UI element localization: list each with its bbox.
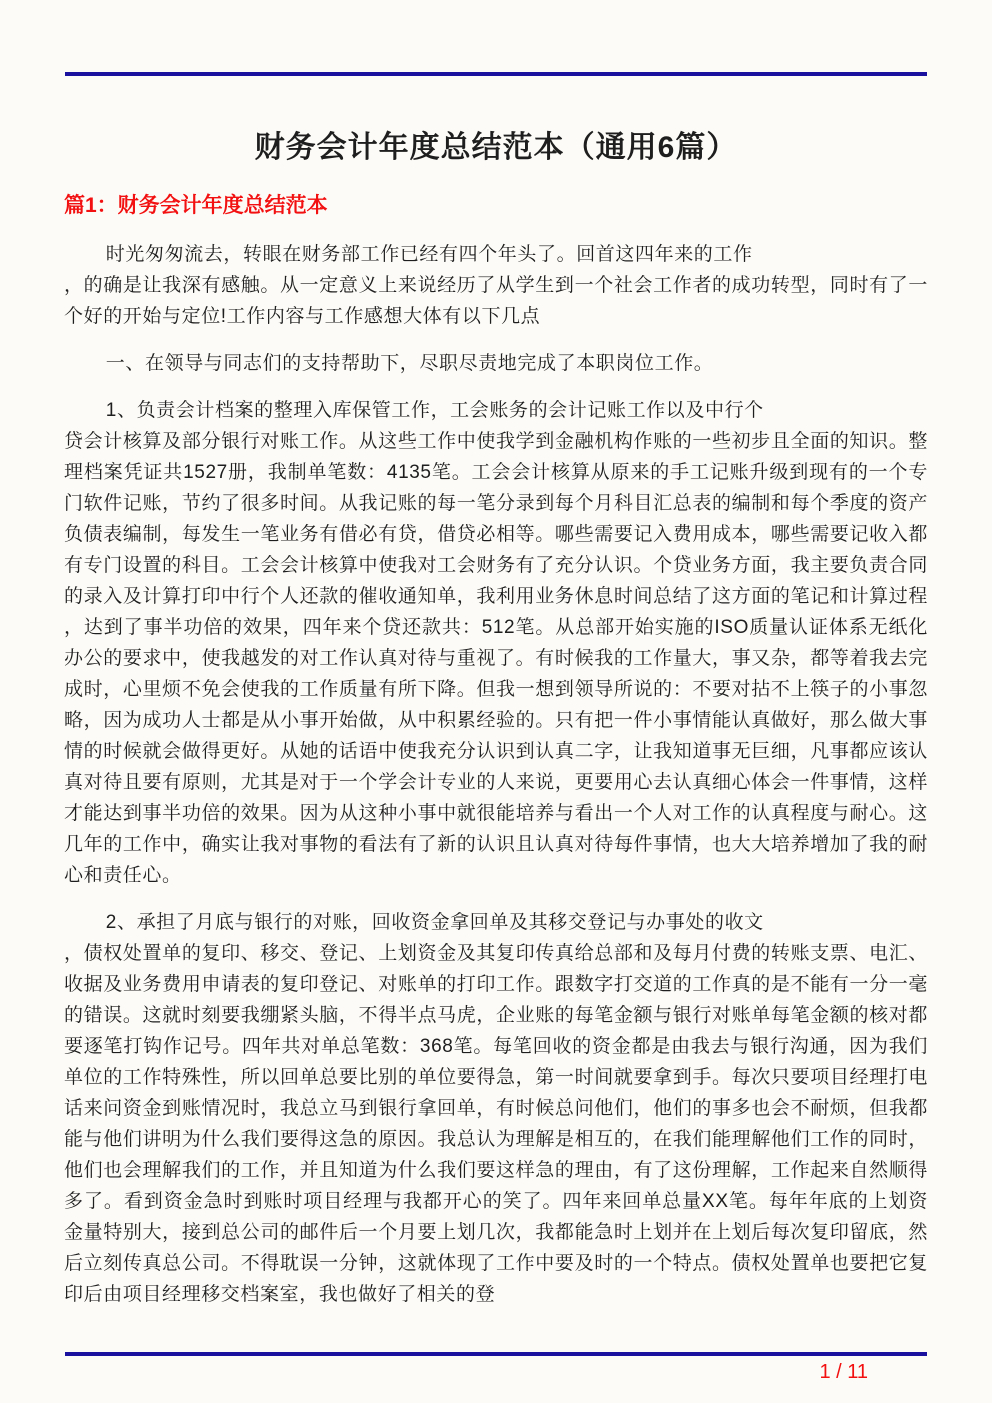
document-body: 时光匆匆流去，转眼在财务部工作已经有四个年头了。回首这四年来的工作，的确是让我深…: [64, 239, 928, 1310]
paragraph: 一、在领导与同志们的支持帮助下，尽职尽责地完成了本职岗位工作。: [64, 348, 928, 379]
page-number-indicator: 1 / 11: [819, 1359, 868, 1385]
document-page: 财务会计年度总结范本（通用6篇） 篇1：财务会计年度总结范本 时光匆匆流去，转眼…: [0, 0, 992, 1403]
paragraph-text: 贷会计核算及部分银行对账工作。从这些工作中使我学到金融机构作账的一些初步且全面的…: [64, 426, 928, 891]
section-heading: 篇1：财务会计年度总结范本: [64, 191, 328, 221]
paragraph: 1、负责会计档案的整理入库保管工作，工会账务的会计记账工作以及中行个贷会计核算及…: [64, 395, 928, 891]
paragraph-text: 时光匆匆流去，转眼在财务部工作已经有四个年头了。回首这四年来的工作: [64, 239, 928, 270]
footer-rule: [65, 1352, 927, 1356]
paragraph-text: ，债权处置单的复印、移交、登记、上划资金及其复印传真给总部和及每月付费的转账支票…: [64, 938, 928, 1310]
paragraph-text: 一、在领导与同志们的支持帮助下，尽职尽责地完成了本职岗位工作。: [64, 348, 928, 379]
header-rule: [65, 72, 927, 76]
paragraph-text: 2、承担了月底与银行的对账，回收资金拿回单及其移交登记与办事处的收文: [64, 907, 928, 938]
paragraph-text: 1、负责会计档案的整理入库保管工作，工会账务的会计记账工作以及中行个: [64, 395, 928, 426]
document-title: 财务会计年度总结范本（通用6篇）: [64, 127, 928, 169]
paragraph-text: ，的确是让我深有感触。从一定意义上来说经历了从学生到一个社会工作者的成功转型，同…: [64, 270, 928, 332]
paragraph: 2、承担了月底与银行的对账，回收资金拿回单及其移交登记与办事处的收文，债权处置单…: [64, 907, 928, 1310]
paragraph: 时光匆匆流去，转眼在财务部工作已经有四个年头了。回首这四年来的工作，的确是让我深…: [64, 239, 928, 332]
